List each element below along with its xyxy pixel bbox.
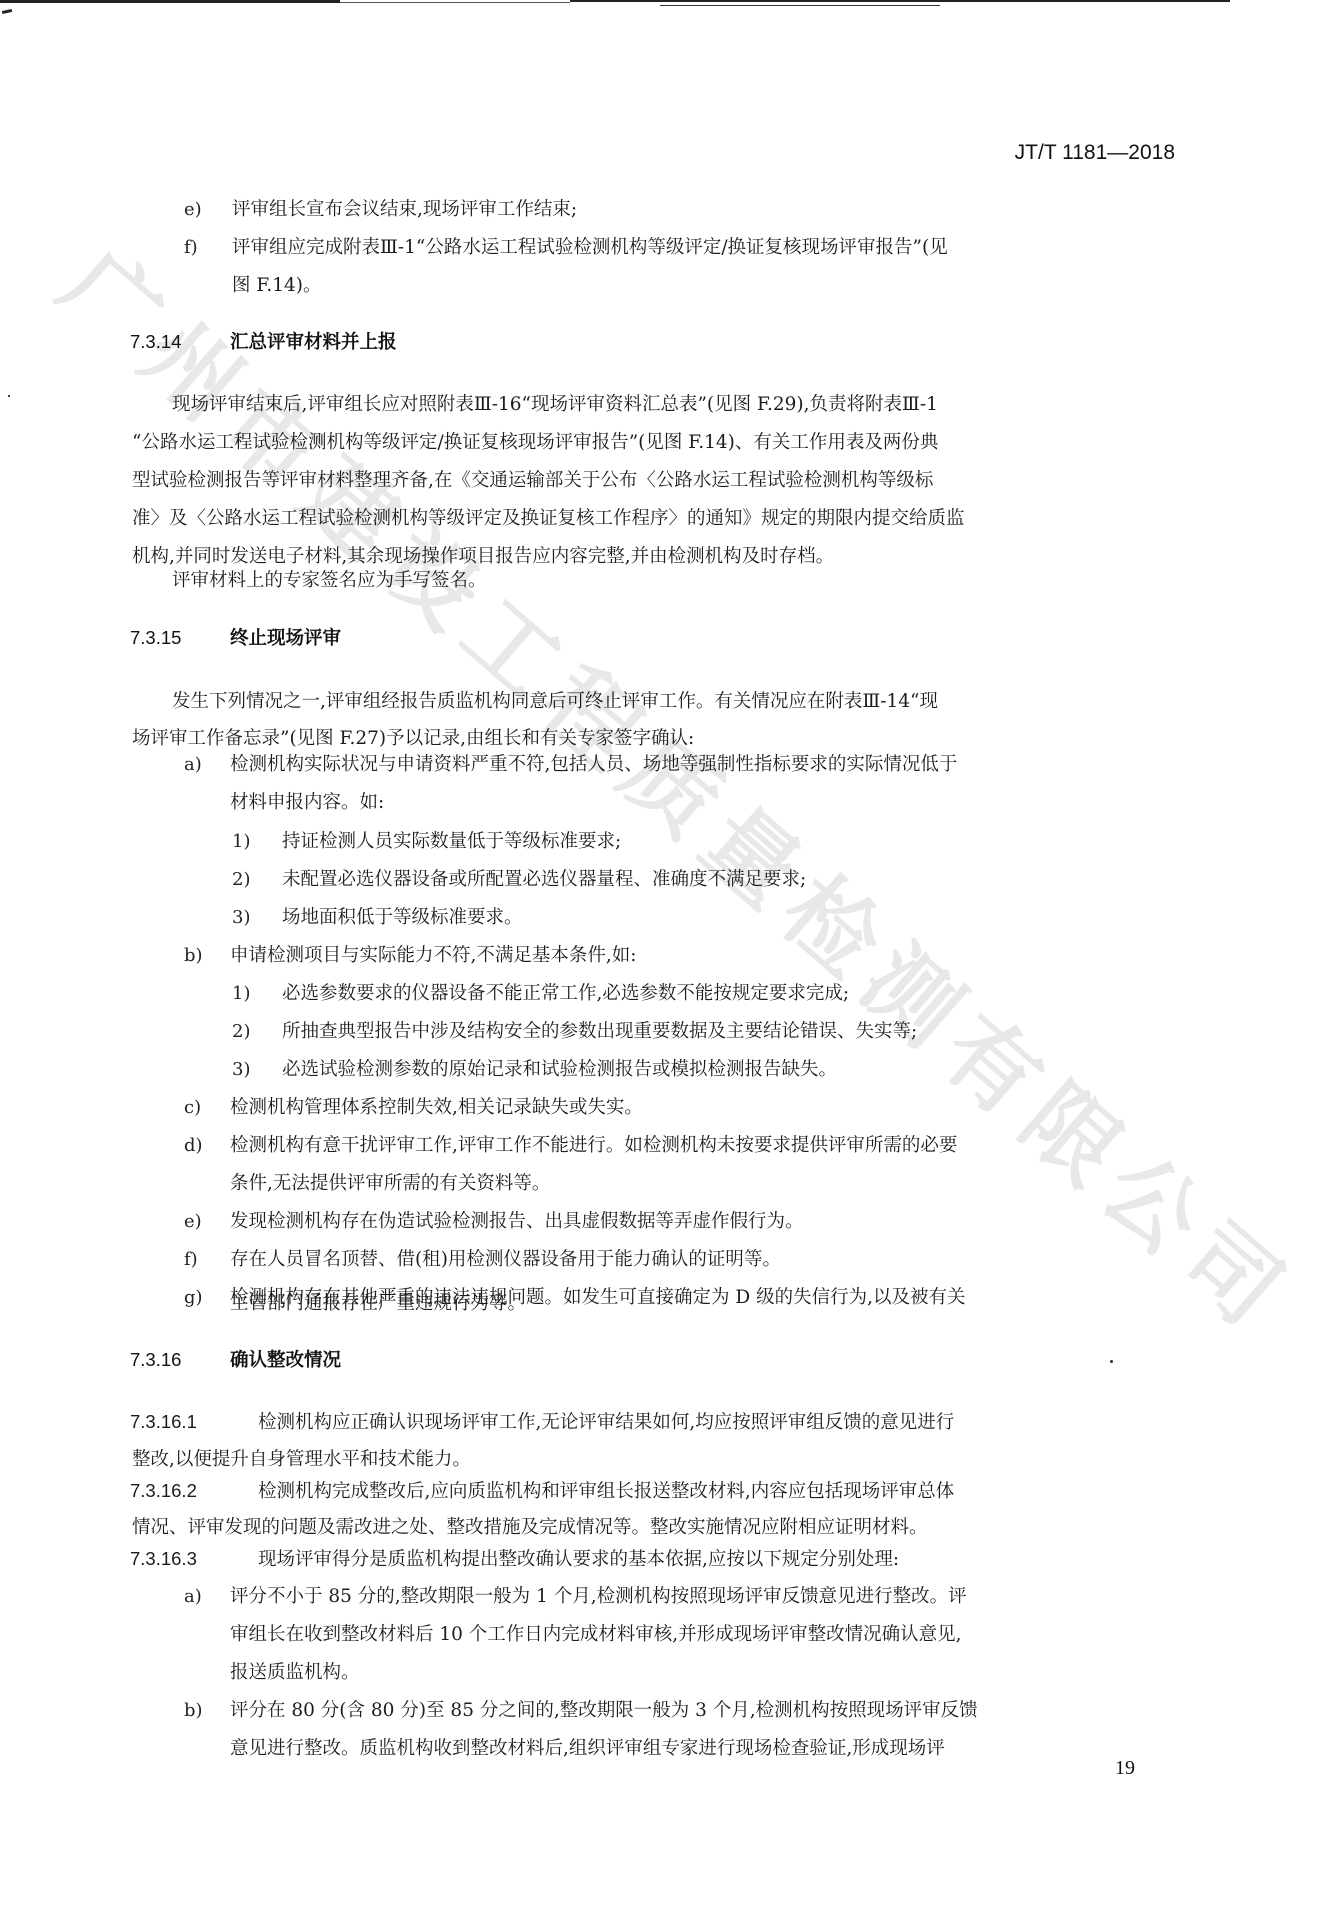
standard-code: JT/T 1181—2018	[1000, 141, 1175, 165]
section-number: 7.3.16	[130, 1348, 230, 1372]
stray-dot	[1110, 1360, 1113, 1363]
section-heading-7-3-14: 7.3.14汇总评审材料并上报	[130, 330, 397, 355]
clause-text: 检测机构应正确认识现场评审工作,无论评审结果如何,均应按照评审组反馈的意见进行	[258, 1412, 954, 1433]
section-heading-7-3-16: 7.3.16确认整改情况	[130, 1348, 341, 1373]
sublist-label: 2)	[232, 1020, 250, 1044]
paragraph-line: 型试验检测报告等评审材料整理齐备,在《交通运输部关于公布〈公路水运工程试验检测机…	[132, 469, 933, 493]
list-item-text: 检测机构管理体系控制失效,相关记录缺失或失实。	[230, 1096, 643, 1120]
list-item-text: 意见进行整改。质监机构收到整改材料后,组织评审组专家进行现场检查验证,形成现场评	[230, 1737, 945, 1761]
clause-line: 7.3.16.2检测机构完成整改后,应向质监机构和评审组长报送整改材料,内容应包…	[130, 1479, 954, 1504]
list-label: b)	[184, 1699, 203, 1723]
paragraph-line: 准〉及〈公路水运工程试验检测机构等级评定及换证复核工作程序〉的通知》规定的期限内…	[132, 507, 965, 531]
paragraph-line: 评审材料上的专家签名应为手写签名。	[172, 569, 487, 593]
list-label: f)	[184, 1248, 198, 1272]
list-label: b)	[184, 944, 203, 968]
list-label: g)	[184, 1286, 203, 1310]
list-item-text: 报送质监机构。	[230, 1661, 360, 1685]
paragraph-line: 现场评审结束后,评审组长应对照附表Ⅲ-16“现场评审资料汇总表”(见图 F.29…	[172, 393, 938, 417]
section-number: 7.3.15	[130, 626, 230, 650]
paragraph-line: “公路水运工程试验检测机构等级评定/换证复核现场评审报告”(见图 F.14)、有…	[132, 431, 938, 455]
list-label: a)	[184, 1585, 202, 1609]
list-item-text: 图 F.14)。	[232, 274, 321, 298]
section-heading-7-3-15: 7.3.15终止现场评审	[130, 626, 341, 651]
scan-edge-line	[340, 2, 570, 3]
list-item-text: 审组长在收到整改材料后 10 个工作日内完成材料审核,并形成现场评审整改情况确认…	[230, 1623, 962, 1647]
scan-mark	[2, 9, 12, 14]
section-number: 7.3.14	[130, 330, 230, 354]
sublist-item-text: 必选参数要求的仪器设备不能正常工作,必选参数不能按规定要求完成;	[282, 982, 849, 1006]
list-item-text: 存在人员冒名顶替、借(租)用检测仪器设备用于能力确认的证明等。	[230, 1248, 781, 1272]
section-title: 终止现场评审	[230, 628, 341, 649]
page-number: 19	[1115, 1757, 1135, 1780]
list-label: e)	[184, 198, 202, 222]
scan-edge-line	[780, 0, 1230, 2]
sublist-label: 2)	[232, 868, 250, 892]
scan-dot	[8, 395, 10, 397]
sublist-item-text: 未配置必选仪器设备或所配置必选仪器量程、准确度不满足要求;	[282, 868, 806, 892]
sublist-item-text: 所抽查典型报告中涉及结构安全的参数出现重要数据及主要结论错误、失实等;	[282, 1020, 917, 1044]
sublist-item-text: 持证检测人员实际数量低于等级标准要求;	[282, 830, 621, 854]
clause-line: 7.3.16.3现场评审得分是质监机构提出整改确认要求的基本依据,应按以下规定分…	[130, 1547, 899, 1572]
scan-edge-line	[660, 5, 940, 6]
sublist-label: 1)	[232, 982, 250, 1006]
list-label: d)	[184, 1134, 203, 1158]
list-item-text: 评分在 80 分(含 80 分)至 85 分之间的,整改期限一般为 3 个月,检…	[230, 1699, 978, 1723]
list-label: a)	[184, 753, 202, 777]
list-label: e)	[184, 1210, 202, 1234]
list-item-text: 评审组长宣布会议结束,现场评审工作结束;	[232, 198, 577, 222]
sublist-label: 1)	[232, 830, 250, 854]
clause-line: 情况、评审发现的问题及需改进之处、整改措施及完成情况等。整改实施情况应附相应证明…	[132, 1516, 928, 1540]
clause-line: 7.3.16.1检测机构应正确认识现场评审工作,无论评审结果如何,均应按照评审组…	[130, 1410, 954, 1435]
clause-number: 7.3.16.2	[130, 1479, 258, 1503]
paragraph-line: 机构,并同时发送电子材料,其余现场操作项目报告应内容完整,并由检测机构及时存档。	[132, 545, 834, 569]
section-title: 确认整改情况	[230, 1350, 341, 1371]
list-item-text: 检测机构实际状况与申请资料严重不符,包括人员、场地等强制性指标要求的实际情况低于	[230, 753, 957, 777]
list-item-text: 材料申报内容。如:	[230, 791, 384, 815]
list-item-text: 主管部门通报存在严重违规行为等。	[230, 1292, 526, 1316]
list-item-text: 发现检测机构存在伪造试验检测报告、出具虚假数据等弄虚作假行为。	[230, 1210, 804, 1234]
sublist-label: 3)	[232, 906, 250, 930]
list-item-text: 条件,无法提供评审所需的有关资料等。	[230, 1172, 550, 1196]
sublist-item-text: 场地面积低于等级标准要求。	[282, 906, 523, 930]
list-item-text: 检测机构有意干扰评审工作,评审工作不能进行。如检测机构未按要求提供评审所需的必要	[230, 1134, 957, 1158]
section-title: 汇总评审材料并上报	[230, 332, 397, 353]
clause-number: 7.3.16.3	[130, 1547, 258, 1571]
scan-edge-line	[570, 0, 780, 2]
list-item-text: 评审组应完成附表Ⅲ-1“公路水运工程试验检测机构等级评定/换证复核现场评审报告”…	[232, 236, 948, 260]
clause-text: 检测机构完成整改后,应向质监机构和评审组长报送整改材料,内容应包括现场评审总体	[258, 1481, 954, 1502]
clause-number: 7.3.16.1	[130, 1410, 258, 1434]
list-label: f)	[184, 236, 198, 260]
scan-edge-line	[0, 0, 340, 3]
clause-line: 整改,以便提升自身管理水平和技术能力。	[132, 1448, 471, 1472]
list-item-text: 评分不小于 85 分的,整改期限一般为 1 个月,检测机构按照现场评审反馈意见进…	[230, 1585, 967, 1609]
clause-text: 现场评审得分是质监机构提出整改确认要求的基本依据,应按以下规定分别处理:	[258, 1549, 899, 1570]
list-label: c)	[184, 1096, 201, 1120]
sublist-item-text: 必选试验检测参数的原始记录和试验检测报告或模拟检测报告缺失。	[282, 1058, 837, 1082]
sublist-label: 3)	[232, 1058, 250, 1082]
list-item-text: 申请检测项目与实际能力不符,不满足基本条件,如:	[230, 944, 637, 968]
paragraph-line: 场评审工作备忘录”(见图 F.27)予以记录,由组长和有关专家签字确认:	[132, 727, 694, 751]
paragraph-line: 发生下列情况之一,评审组经报告质监机构同意后可终止评审工作。有关情况应在附表Ⅲ-…	[172, 690, 938, 714]
